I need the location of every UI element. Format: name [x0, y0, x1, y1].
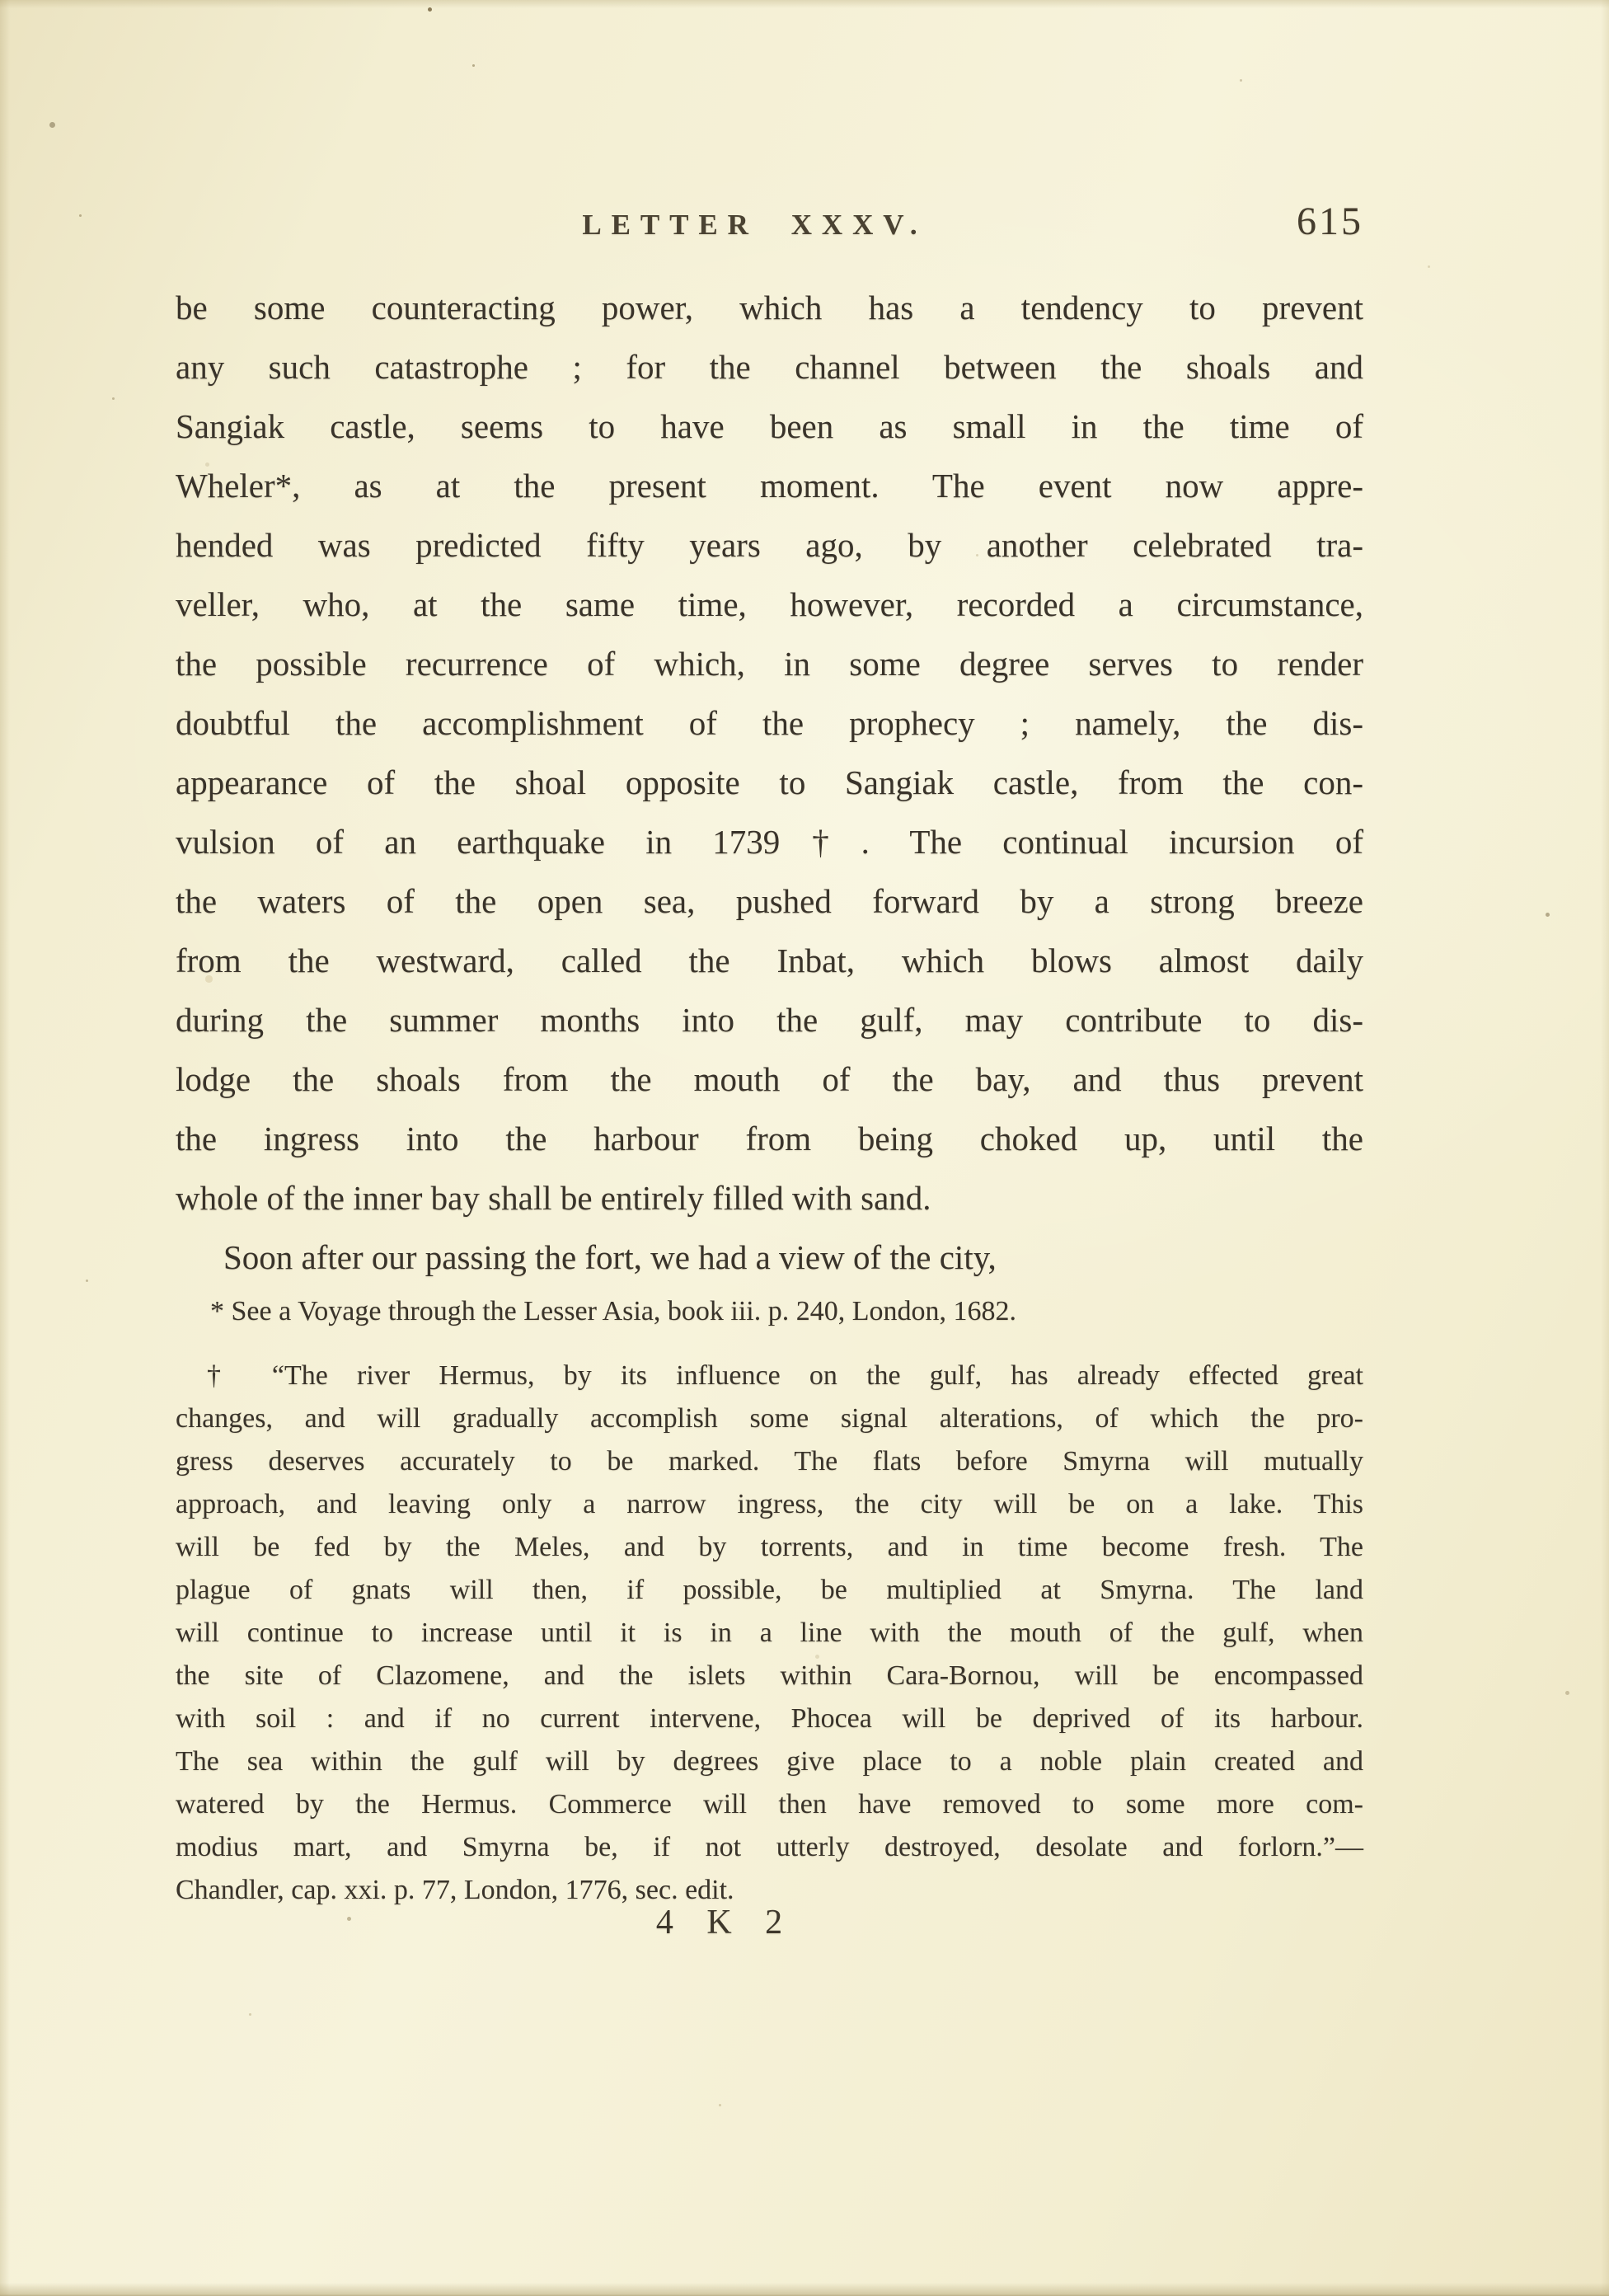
text-line: lodge the shoals from the mouth of the b…	[176, 1049, 1363, 1109]
page-edge-right	[1601, 0, 1609, 2296]
text-line: the possible recurrence of which, in som…	[176, 634, 1363, 693]
text-line: the ingress into the harbour from being …	[176, 1109, 1363, 1168]
press-signature: 4 K 2	[176, 1903, 1363, 1942]
text-line: the waters of the open sea, pushed forwa…	[176, 871, 1363, 931]
text-line: * See a Voyage through the Lesser Asia, …	[176, 1291, 1363, 1332]
text-line: Soon after our passing the fort, we had …	[176, 1228, 1363, 1287]
text-line: doubtful the accomplishment of the proph…	[176, 693, 1363, 753]
text-line: approach, and leaving only a narrow ingr…	[176, 1483, 1363, 1526]
main-text-block: be some counteracting power, which has a…	[176, 278, 1363, 1287]
text-line: will be fed by the Meles, and by torrent…	[176, 1526, 1363, 1569]
text-line: Wheler*, as at the present moment. The e…	[176, 456, 1363, 515]
text-line: watered by the Hermus. Commerce will the…	[176, 1783, 1363, 1826]
book-page: LETTER XXXV. 615 be some counteracting p…	[0, 0, 1609, 2296]
footnote-dagger: † “The river Hermus, by its influence on…	[176, 1355, 1363, 1912]
page-edge-top	[0, 0, 1609, 8]
text-line: † “The river Hermus, by its influence on…	[176, 1355, 1363, 1397]
paragraph-2: Soon after our passing the fort, we had …	[176, 1228, 1363, 1287]
text-line: changes, and will gradually accomplish s…	[176, 1397, 1363, 1440]
page-number: 615	[1297, 199, 1363, 244]
text-line: gress deserves accurately to be marked. …	[176, 1440, 1363, 1483]
paragraph-1: be some counteracting power, which has a…	[176, 278, 1363, 1228]
text-line: with soil : and if no current intervene,…	[176, 1697, 1363, 1740]
text-line: appearance of the shoal opposite to Sang…	[176, 753, 1363, 812]
running-head: LETTER XXXV. 615	[176, 209, 1363, 256]
text-line: the site of Clazomene, and the islets wi…	[176, 1655, 1363, 1697]
text-line: from the westward, called the Inbat, whi…	[176, 931, 1363, 990]
text-line: whole of the inner bay shall be entirely…	[176, 1168, 1363, 1228]
footnote-asterisk: * See a Voyage through the Lesser Asia, …	[176, 1291, 1363, 1332]
text-line: will continue to increase until it is in…	[176, 1612, 1363, 1655]
text-line: veller, who, at the same time, however, …	[176, 575, 1363, 634]
text-line: modius mart, and Smyrna be, if not utter…	[176, 1826, 1363, 1869]
text-line: plague of gnats will then, if possible, …	[176, 1569, 1363, 1612]
text-line: be some counteracting power, which has a…	[176, 278, 1363, 337]
text-line: Sangiak castle, seems to have been as sm…	[176, 397, 1363, 456]
page-edge-bottom	[0, 2283, 1609, 2296]
paper-specks	[0, 0, 2, 2]
text-line: any such catastrophe ; for the channel b…	[176, 337, 1363, 397]
text-line: vulsion of an earthquake in 1739†. The c…	[176, 812, 1363, 871]
running-title: LETTER XXXV.	[161, 209, 1349, 242]
text-line: hended was predicted fifty years ago, by…	[176, 515, 1363, 575]
page-edge-left	[0, 0, 10, 2296]
text-line: during the summer months into the gulf, …	[176, 990, 1363, 1049]
text-line: The sea within the gulf will by degrees …	[176, 1740, 1363, 1783]
